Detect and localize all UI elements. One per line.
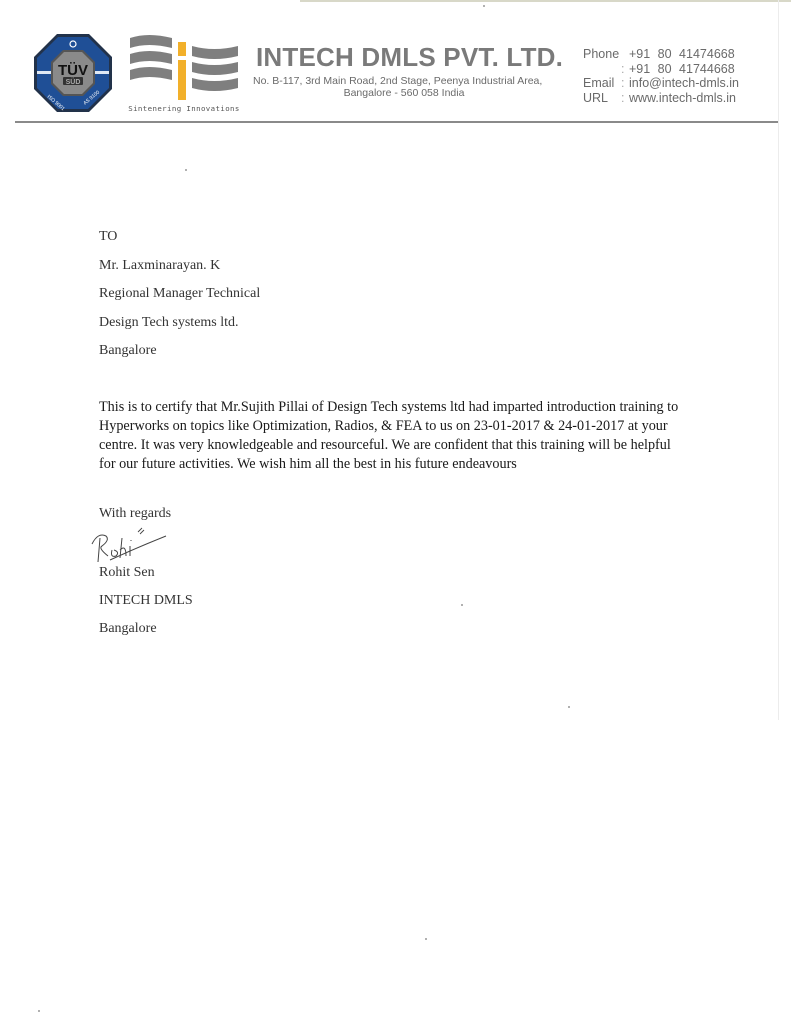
signer-company: INTECH DMLS	[99, 593, 193, 609]
svg-text:TÜV: TÜV	[58, 62, 88, 79]
contact-label: Phone	[583, 47, 621, 62]
tuv-certification-logo-icon: TÜV SÜD ISO 9001 AS 9100	[33, 33, 113, 113]
contact-url-link[interactable]: www.intech-dmls.in	[629, 91, 736, 106]
brand-tagline: Sintenering Innovations	[128, 104, 240, 113]
contact-label: Email	[583, 76, 621, 91]
intech-brand-logo-icon	[128, 32, 240, 102]
company-address-line-1: No. B-117, 3rd Main Road, 2nd Stage, Pee…	[253, 75, 542, 87]
page-edge	[300, 0, 791, 2]
scan-speck	[38, 1010, 40, 1012]
recipient-title: Regional Manager Technical	[99, 286, 260, 302]
company-address-line-2: Bangalore - 560 058 India	[253, 87, 555, 99]
contact-email-link[interactable]: info@intech-dmls.in	[629, 76, 739, 91]
signer-name: Rohit Sen	[99, 565, 155, 581]
body-line: This is to certify that Mr.Sujith Pillai…	[99, 398, 729, 417]
contact-label	[583, 62, 621, 77]
scan-speck	[461, 604, 463, 606]
signer-city: Bangalore	[99, 621, 157, 637]
signature-icon	[88, 526, 170, 570]
scan-speck	[185, 169, 187, 171]
recipient-city: Bangalore	[99, 343, 157, 359]
contact-email: Email : info@intech-dmls.in	[583, 76, 739, 91]
contact-url: URL : www.intech-dmls.in	[583, 91, 739, 106]
page-edge	[778, 0, 779, 720]
contact-separator: :	[621, 91, 629, 106]
body-line: Hyperworks on topics like Optimization, …	[99, 417, 729, 436]
scan-speck	[425, 938, 427, 940]
svg-text:SÜD: SÜD	[66, 77, 81, 86]
company-name: INTECH DMLS PVT. LTD.	[256, 42, 563, 73]
contact-value: +91 80 41474668	[629, 47, 735, 62]
contact-block: Phone +91 80 41474668 : +91 80 41744668 …	[583, 47, 739, 105]
recipient-salutation: TO	[99, 229, 117, 245]
body-line: for our future activities. We wish him a…	[99, 455, 729, 474]
header-divider	[15, 121, 778, 123]
contact-value: +91 80 41744668	[629, 62, 735, 77]
closing-regards: With regards	[99, 506, 171, 522]
scan-speck	[568, 706, 570, 708]
certificate-body: This is to certify that Mr.Sujith Pillai…	[99, 398, 729, 474]
body-line: centre. It was very knowledgeable and re…	[99, 436, 729, 455]
contact-separator	[621, 47, 629, 62]
recipient-name: Mr. Laxminarayan. K	[99, 258, 220, 274]
scan-speck	[483, 5, 485, 7]
contact-phone-2: : +91 80 41744668	[583, 62, 739, 77]
contact-separator: :	[621, 76, 629, 91]
contact-label: URL	[583, 91, 621, 106]
contact-phone-1: Phone +91 80 41474668	[583, 47, 739, 62]
contact-separator: :	[621, 62, 629, 77]
recipient-company: Design Tech systems ltd.	[99, 315, 239, 331]
